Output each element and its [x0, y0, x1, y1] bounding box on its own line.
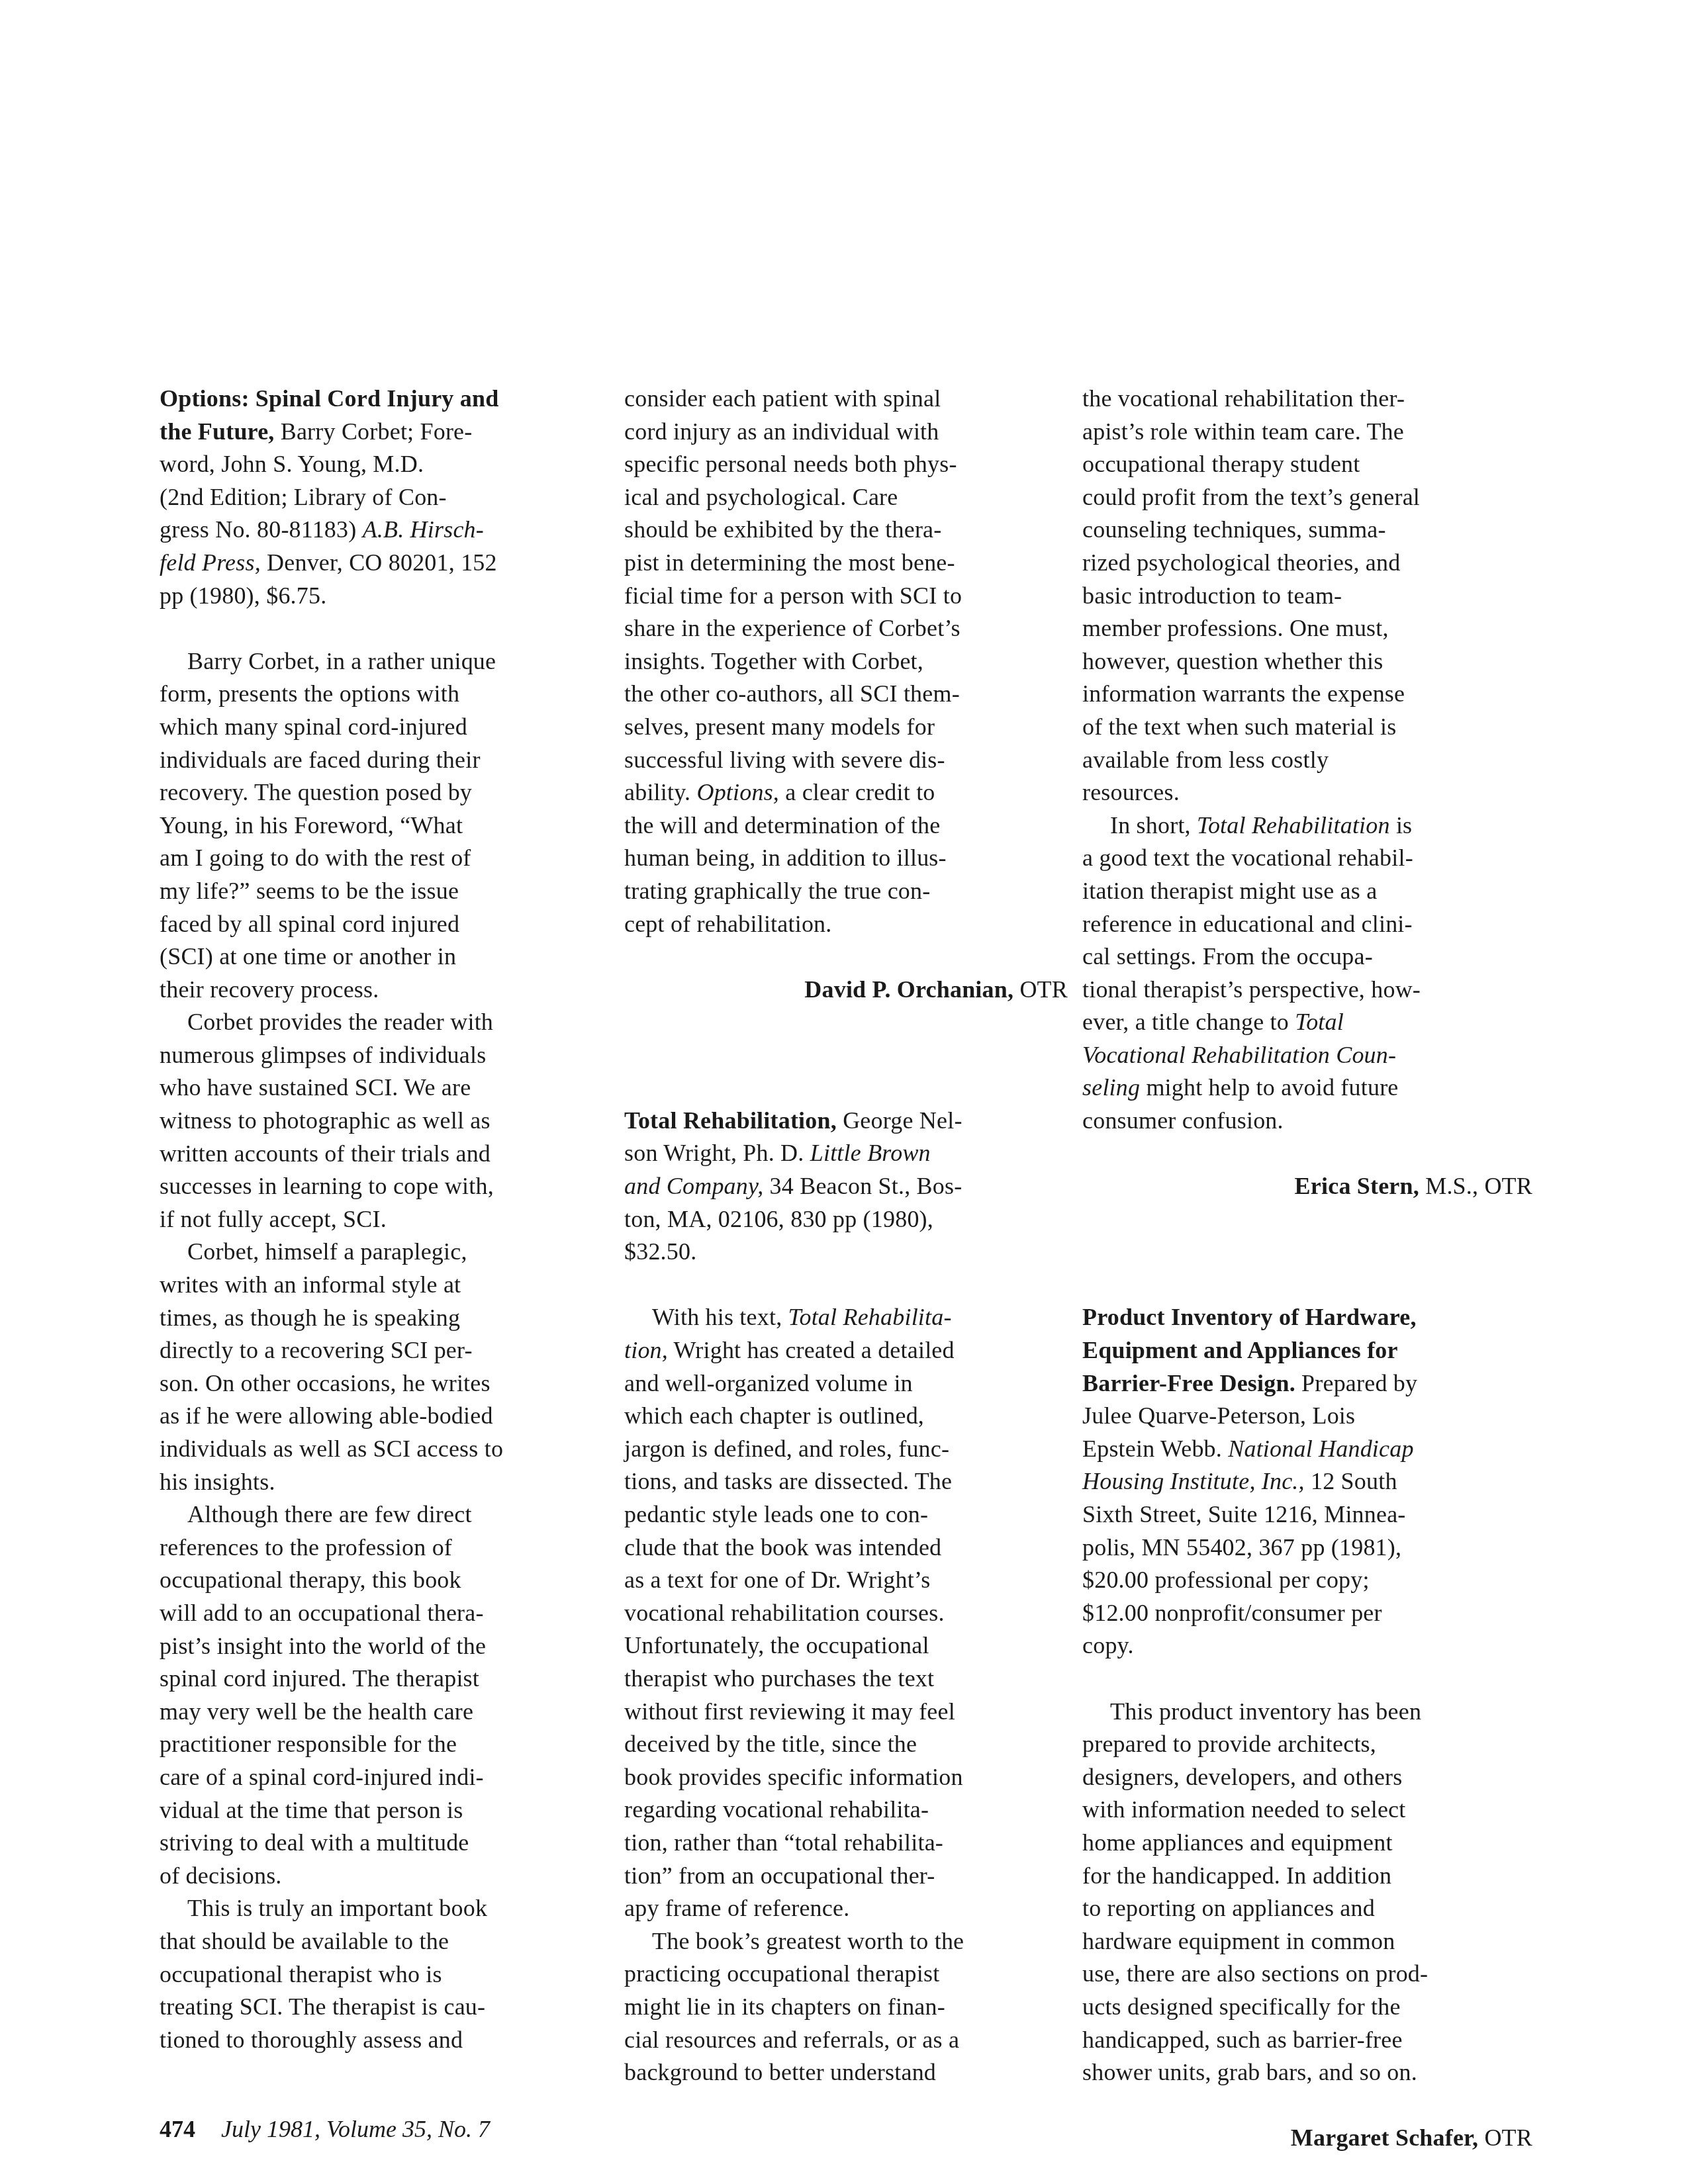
text-line: which each chapter is outlined, [624, 1400, 1068, 1433]
text-line: (SCI) at one time or another in [160, 940, 596, 974]
text-line: vocational rehabilitation courses. [624, 1597, 1068, 1630]
text-line: regarding vocational rehabilita- [624, 1794, 1068, 1827]
text-line: tional therapist’s perspective, how- [1082, 974, 1532, 1007]
review-1-body-part-1: Barry Corbet, in a rather uniqueform, pr… [160, 645, 596, 2057]
text-line: ficial time for a person with SCI to [624, 580, 1068, 613]
text-line: Corbet provides the reader with [160, 1006, 596, 1039]
text-line: vidual at the time that person is [160, 1794, 596, 1827]
text-run: may very well be the health care [160, 1698, 473, 1725]
text-line: Epstein Webb. National Handicap [1082, 1433, 1532, 1466]
text-run: member professions. One must, [1082, 615, 1389, 641]
text-line: numerous glimpses of individuals [160, 1039, 596, 1072]
review-2-body-part-1: With his text, Total Rehabilita-tion, Wr… [624, 1301, 1068, 2089]
bold-text: Equipment and Appliances for [1082, 1337, 1398, 1363]
text-run: written accounts of their trials and [160, 1140, 491, 1167]
text-run: ical and psychological. Care [624, 484, 898, 510]
text-run: successes in learning to cope with, [160, 1173, 494, 1199]
italic-text: Little Brown [810, 1140, 931, 1166]
text-run: This product inventory has been [1110, 1698, 1421, 1725]
text-run: designers, developers, and others [1082, 1764, 1402, 1790]
text-run: occupational therapy, this book [160, 1567, 461, 1593]
page-number: 474 [160, 2116, 195, 2142]
text-run: a good text the vocational rehabil- [1082, 844, 1413, 871]
text-line: polis, MN 55402, 367 pp (1981), [1082, 1531, 1532, 1565]
text-run: apy frame of reference. [624, 1895, 849, 1921]
text-run: practitioner responsible for the [160, 1731, 457, 1757]
text-run: selves, present many models for [624, 713, 935, 740]
text-run: Wright has created a detailed [668, 1337, 955, 1363]
text-run: (2nd Edition; Library of Con- [160, 484, 447, 510]
text-line: of decisions. [160, 1860, 596, 1893]
text-run: itation therapist might use as a [1082, 878, 1377, 904]
text-run: son Wright, Ph. D. [624, 1140, 810, 1166]
text-run: (SCI) at one time or another in [160, 943, 456, 970]
text-run: treating SCI. The therapist is cau- [160, 1993, 485, 2020]
text-line: rized psychological theories, and [1082, 547, 1532, 580]
bold-text: the Future, [160, 418, 275, 445]
text-line: handicapped, such as barrier-free [1082, 2024, 1532, 2057]
text-line: if not fully accept, SCI. [160, 1203, 596, 1236]
text-run: In short, [1110, 812, 1197, 839]
text-line: the Future, Barry Corbet; Fore- [160, 416, 596, 449]
text-line: writes with an informal style at [160, 1269, 596, 1302]
text-line: Barry Corbet, in a rather unique [160, 645, 596, 678]
text-run: ficial time for a person with SCI to [624, 582, 962, 609]
column-3: the vocational rehabilitation ther-apist… [1082, 383, 1532, 2184]
text-line: directly to a recovering SCI per- [160, 1334, 596, 1367]
text-line: my life?” seems to be the issue [160, 875, 596, 908]
text-run: polis, MN 55402, 367 pp (1981), [1082, 1534, 1401, 1561]
text-run: of decisions. [160, 1862, 282, 1889]
text-line: without first reviewing it may feel [624, 1696, 1068, 1729]
text-run: Sixth Street, Suite 1216, Minnea- [1082, 1501, 1406, 1527]
text-line: care of a spinal cord-injured indi- [160, 1761, 596, 1794]
text-run: book provides specific information [624, 1764, 963, 1790]
column-1: Options: Spinal Cord Injury andthe Futur… [160, 383, 596, 2056]
text-run: practicing occupational therapist [624, 1960, 939, 1987]
text-run: reference in educational and clini- [1082, 911, 1413, 937]
text-line: practitioner responsible for the [160, 1728, 596, 1761]
reviewer-credentials: M.S., OTR [1419, 1173, 1532, 1199]
text-line: Corbet, himself a paraplegic, [160, 1236, 596, 1269]
text-run: my life?” seems to be the issue [160, 878, 459, 904]
text-run: insights. Together with Corbet, [624, 648, 923, 674]
text-run: 34 Beacon St., Bos- [763, 1173, 962, 1199]
text-line: trating graphically the true con- [624, 875, 1068, 908]
text-run: which each chapter is outlined, [624, 1402, 924, 1429]
text-line: times, as though he is speaking [160, 1302, 596, 1335]
text-line: prepared to provide architects, [1082, 1728, 1532, 1761]
italic-text: Total Rehabilitation [1197, 812, 1390, 839]
text-run: might help to avoid future [1140, 1074, 1398, 1101]
text-run: gress No. 80-81183) [160, 516, 363, 543]
text-run: ton, MA, 02106, 830 pp (1980), [624, 1206, 933, 1232]
text-line: information warrants the expense [1082, 678, 1532, 711]
italic-text: tion, [624, 1337, 668, 1363]
text-line: witness to photographic as well as [160, 1105, 596, 1138]
text-line: cept of rehabilitation. [624, 908, 1068, 941]
text-line: ability. Options, a clear credit to [624, 776, 1068, 809]
column-2: consider each patient with spinalcord in… [624, 383, 1068, 2089]
text-line: occupational therapy student [1082, 448, 1532, 481]
review-2-citation: Total Rehabilitation, George Nel-son Wri… [624, 1105, 1068, 1269]
text-run: his insights. [160, 1469, 275, 1495]
text-line: background to better understand [624, 2056, 1068, 2089]
text-run: directly to a recovering SCI per- [160, 1337, 473, 1363]
text-line: basic introduction to team- [1082, 580, 1532, 613]
text-run: which many spinal cord-injured [160, 713, 467, 740]
text-line: apy frame of reference. [624, 1892, 1068, 1925]
text-line: jargon is defined, and roles, func- [624, 1433, 1068, 1466]
text-run: however, question whether this [1082, 648, 1383, 674]
text-line: insights. Together with Corbet, [624, 645, 1068, 678]
text-line: individuals are faced during their [160, 744, 596, 777]
text-run: The book’s greatest worth to the [652, 1928, 964, 1954]
text-run: times, as though he is speaking [160, 1304, 460, 1331]
text-run: their recovery process. [160, 976, 379, 1003]
text-line: ical and psychological. Care [624, 481, 1068, 514]
text-line: their recovery process. [160, 974, 596, 1007]
text-line: home appliances and equipment [1082, 1827, 1532, 1860]
text-run: rized psychological theories, and [1082, 549, 1400, 576]
text-line: deceived by the title, since the [624, 1728, 1068, 1761]
text-line: references to the profession of [160, 1531, 596, 1565]
text-line: consider each patient with spinal [624, 383, 1068, 416]
text-run: is [1390, 812, 1413, 839]
text-line: successes in learning to cope with, [160, 1170, 596, 1203]
text-run: 12 South [1305, 1468, 1397, 1494]
text-line: the will and determination of the [624, 809, 1068, 842]
text-line: consumer confusion. [1082, 1105, 1532, 1138]
text-line: copy. [1082, 1629, 1532, 1662]
text-line: tion, rather than “total rehabilita- [624, 1827, 1068, 1860]
text-line: cal settings. From the occupa- [1082, 940, 1532, 974]
text-run: cept of rehabilitation. [624, 911, 831, 937]
text-run: word, John S. Young, M.D. [160, 451, 424, 477]
text-line: hardware equipment in common [1082, 1925, 1532, 1958]
text-run: and well-organized volume in [624, 1370, 913, 1396]
bold-text: Options: Spinal Cord Injury and [160, 385, 498, 412]
text-line: Vocational Rehabilitation Coun- [1082, 1039, 1532, 1072]
text-line: am I going to do with the rest of [160, 842, 596, 875]
italic-text: A.B. Hirsch- [363, 516, 484, 543]
text-line: the other co-authors, all SCI them- [624, 678, 1068, 711]
text-line: selves, present many models for [624, 711, 1068, 744]
review-2-reviewer-signature: Erica Stern, M.S., OTR [1082, 1138, 1532, 1236]
text-run: Corbet, himself a paraplegic, [187, 1238, 467, 1265]
text-run: $32.50. [624, 1238, 696, 1265]
text-run: pist’s insight into the world of the [160, 1633, 486, 1659]
text-run: Prepared by [1295, 1370, 1417, 1396]
text-line: spinal cord injured. The therapist [160, 1662, 596, 1696]
text-line: feld Press, Denver, CO 80201, 152 [160, 547, 596, 580]
text-line: human being, in addition to illus- [624, 842, 1068, 875]
text-line: occupational therapist who is [160, 1958, 596, 1991]
text-line: pedantic style leads one to con- [624, 1498, 1068, 1531]
text-run: Barry Corbet; Fore- [275, 418, 473, 445]
text-run: Barry Corbet, in a rather unique [187, 648, 496, 674]
text-line: pp (1980), $6.75. [160, 580, 596, 613]
italic-text: National Handicap [1228, 1435, 1413, 1462]
text-run: am I going to do with the rest of [160, 844, 471, 871]
text-line: recovery. The question posed by [160, 776, 596, 809]
text-run: son. On other occasions, he writes [160, 1370, 491, 1396]
text-line: the vocational rehabilitation ther- [1082, 383, 1532, 416]
text-run: share in the experience of Corbet’s [624, 615, 961, 641]
text-line: written accounts of their trials and [160, 1138, 596, 1171]
text-line: itation therapist might use as a [1082, 875, 1532, 908]
text-line: Options: Spinal Cord Injury and [160, 383, 596, 416]
text-line: as if he were allowing able-bodied [160, 1400, 596, 1433]
text-line: to reporting on appliances and [1082, 1892, 1532, 1925]
text-run: a clear credit to [779, 779, 935, 805]
text-line: ton, MA, 02106, 830 pp (1980), [624, 1203, 1068, 1236]
text-line: with information needed to select [1082, 1794, 1532, 1827]
text-run: to reporting on appliances and [1082, 1895, 1375, 1921]
text-line: gress No. 80-81183) A.B. Hirsch- [160, 514, 596, 547]
text-line: share in the experience of Corbet’s [624, 612, 1068, 645]
text-line: tions, and tasks are dissected. The [624, 1465, 1068, 1498]
text-run: ever, a title change to [1082, 1009, 1295, 1035]
text-line: for the handicapped. In addition [1082, 1860, 1532, 1893]
text-run: tion, rather than “total rehabilita- [624, 1829, 943, 1856]
text-line: apist’s role within team care. The [1082, 416, 1532, 449]
text-line: pist’s insight into the world of the [160, 1630, 596, 1663]
text-line: Unfortunately, the occupational [624, 1629, 1068, 1662]
issue-info: July 1981, Volume 35, No. 7 [221, 2116, 490, 2142]
text-run: recovery. The question posed by [160, 779, 472, 805]
text-run: human being, in addition to illus- [624, 844, 947, 871]
text-line: cord injury as an individual with [624, 416, 1068, 449]
text-run: specific personal needs both phys- [624, 451, 957, 477]
text-run: if not fully accept, SCI. [160, 1206, 387, 1232]
text-run: the will and determination of the [624, 812, 940, 839]
text-run: available from less costly [1082, 747, 1329, 773]
text-run: Epstein Webb. [1082, 1435, 1228, 1462]
text-run: individuals are faced during their [160, 747, 481, 773]
text-run: striving to deal with a multitude [160, 1829, 469, 1856]
text-line: This is truly an important book [160, 1892, 596, 1925]
text-run: pist in determining the most bene- [624, 549, 955, 576]
text-line: however, question whether this [1082, 645, 1532, 678]
text-line: that should be available to the [160, 1925, 596, 1958]
text-run: for the handicapped. In addition [1082, 1862, 1391, 1889]
text-line: In short, Total Rehabilitation is [1082, 809, 1532, 842]
text-line: designers, developers, and others [1082, 1761, 1532, 1794]
text-run: This is truly an important book [187, 1895, 487, 1921]
text-run: vidual at the time that person is [160, 1797, 463, 1823]
text-line: available from less costly [1082, 744, 1532, 777]
text-run: faced by all spinal cord injured [160, 911, 459, 937]
text-run: that should be available to the [160, 1928, 449, 1954]
italic-text: Vocational Rehabilitation Coun- [1082, 1042, 1396, 1068]
text-run: the other co-authors, all SCI them- [624, 680, 960, 707]
text-run: writes with an informal style at [160, 1271, 461, 1298]
text-run: successful living with severe dis- [624, 747, 945, 773]
text-line: faced by all spinal cord injured [160, 908, 596, 941]
text-line: ucts designed specifically for the [1082, 1991, 1532, 2024]
text-line: Julee Quarve-Peterson, Lois [1082, 1400, 1532, 1433]
text-line: son Wright, Ph. D. Little Brown [624, 1137, 1068, 1170]
text-line: Sixth Street, Suite 1216, Minnea- [1082, 1498, 1532, 1531]
text-line: and well-organized volume in [624, 1367, 1068, 1400]
text-line: Product Inventory of Hardware, [1082, 1301, 1532, 1334]
reviewer-credentials: OTR [1013, 976, 1068, 1003]
text-run: witness to photographic as well as [160, 1107, 491, 1134]
text-line: ever, a title change to Total [1082, 1006, 1532, 1039]
text-line: tion, Wright has created a detailed [624, 1334, 1068, 1367]
italic-text: feld Press, [160, 549, 261, 576]
text-line: pist in determining the most bene- [624, 547, 1068, 580]
italic-text: seling [1082, 1074, 1140, 1101]
text-run: use, there are also sections on prod- [1082, 1960, 1428, 1987]
reviewer-name: Margaret Schafer, [1291, 2124, 1478, 2151]
text-run: with information needed to select [1082, 1796, 1405, 1823]
text-run: as a text for one of Dr. Wright’s [624, 1567, 930, 1593]
text-line: who have sustained SCI. We are [160, 1071, 596, 1105]
text-run: hardware equipment in common [1082, 1928, 1395, 1954]
review-3-body: This product inventory has beenprepared … [1082, 1696, 1532, 2089]
text-run: Young, in his Foreword, “What [160, 812, 463, 839]
text-run: Julee Quarve-Peterson, Lois [1082, 1402, 1355, 1429]
text-run: resources. [1082, 779, 1180, 805]
text-run: pedantic style leads one to con- [624, 1501, 928, 1527]
text-run: references to the profession of [160, 1534, 452, 1561]
text-run: trating graphically the true con- [624, 878, 930, 904]
text-run: Corbet provides the reader with [187, 1009, 493, 1035]
text-line: of the text when such material is [1082, 711, 1532, 744]
text-run: as if he were allowing able-bodied [160, 1402, 493, 1429]
text-run: information warrants the expense [1082, 680, 1405, 707]
text-run: apist’s role within team care. The [1082, 418, 1404, 445]
text-run: form, presents the options with [160, 680, 459, 707]
text-line: Young, in his Foreword, “What [160, 809, 596, 842]
text-run: should be exhibited by the thera- [624, 516, 941, 543]
text-run: background to better understand [624, 2059, 936, 2085]
text-line: Housing Institute, Inc., 12 South [1082, 1465, 1532, 1498]
text-line: his insights. [160, 1466, 596, 1499]
bold-text: Product Inventory of Hardware, [1082, 1304, 1417, 1330]
text-run: $20.00 professional per copy; [1082, 1567, 1370, 1593]
text-run: consider each patient with spinal [624, 385, 941, 412]
text-run: consumer confusion. [1082, 1107, 1284, 1134]
text-run: who have sustained SCI. We are [160, 1074, 471, 1101]
text-run: spinal cord injured. The therapist [160, 1665, 479, 1692]
text-run: With his text, [652, 1304, 788, 1330]
text-run: Denver, CO 80201, 152 [261, 549, 497, 576]
text-run: pp (1980), $6.75. [160, 582, 326, 609]
text-line: practicing occupational therapist [624, 1958, 1068, 1991]
text-line: specific personal needs both phys- [624, 448, 1068, 481]
italic-text: and Company, [624, 1173, 763, 1199]
text-run: clude that the book was intended [624, 1534, 941, 1561]
text-run: cal settings. From the occupa- [1082, 943, 1373, 970]
text-run: care of a spinal cord-injured indi- [160, 1764, 484, 1790]
text-run: Although there are few direct [187, 1501, 472, 1527]
text-line: individuals as well as SCI access to [160, 1433, 596, 1466]
text-line: therapist who purchases the text [624, 1662, 1068, 1696]
text-run: George Nel- [837, 1107, 962, 1134]
text-run: counseling techniques, summa- [1082, 516, 1386, 543]
text-line: reference in educational and clini- [1082, 908, 1532, 941]
text-run: jargon is defined, and roles, func- [624, 1435, 949, 1462]
text-run: tions, and tasks are dissected. The [624, 1468, 952, 1494]
text-run: handicapped, such as barrier-free [1082, 2026, 1403, 2053]
text-run: numerous glimpses of individuals [160, 1042, 486, 1068]
text-line: could profit from the text’s general [1082, 481, 1532, 514]
text-run: home appliances and equipment [1082, 1829, 1393, 1856]
text-line: member professions. One must, [1082, 612, 1532, 645]
review-1-reviewer-signature: David P. Orchanian, OTR [624, 940, 1068, 1039]
text-run: tion” from an occupational ther- [624, 1862, 935, 1889]
text-line: With his text, Total Rehabilita- [624, 1301, 1068, 1334]
text-line: This product inventory has been [1082, 1696, 1532, 1729]
text-run: cord injury as an individual with [624, 418, 939, 445]
text-run: will add to an occupational thera- [160, 1600, 484, 1626]
text-line: treating SCI. The therapist is cau- [160, 1991, 596, 2024]
text-line: occupational therapy, this book [160, 1564, 596, 1597]
text-line: $20.00 professional per copy; [1082, 1564, 1532, 1597]
text-line: son. On other occasions, he writes [160, 1367, 596, 1400]
review-3-citation: Product Inventory of Hardware,Equipment … [1082, 1301, 1532, 1662]
text-run: tioned to thoroughly assess and [160, 2026, 463, 2053]
text-line: clude that the book was intended [624, 1531, 1068, 1565]
text-run: prepared to provide architects, [1082, 1731, 1376, 1757]
text-line: Although there are few direct [160, 1498, 596, 1531]
text-run: vocational rehabilitation courses. [624, 1600, 945, 1626]
italic-text: Options, [696, 779, 779, 805]
text-run: basic introduction to team- [1082, 582, 1342, 609]
text-run: without first reviewing it may feel [624, 1698, 955, 1725]
text-run: ucts designed specifically for the [1082, 1993, 1401, 2020]
text-run: individuals as well as SCI access to [160, 1435, 503, 1462]
text-line: resources. [1082, 776, 1532, 809]
text-run: the vocational rehabilitation ther- [1082, 385, 1405, 412]
review-1-body-part-2: consider each patient with spinalcord in… [624, 383, 1068, 940]
text-line: cial resources and referrals, or as a [624, 2024, 1068, 2057]
bold-text: Barrier-Free Design. [1082, 1370, 1295, 1396]
text-run: of the text when such material is [1082, 713, 1396, 740]
text-run: $12.00 nonprofit/consumer per [1082, 1600, 1382, 1626]
text-line: might lie in its chapters on finan- [624, 1991, 1068, 2024]
review-2-body-part-2: the vocational rehabilitation ther-apist… [1082, 383, 1532, 1138]
text-line: The book’s greatest worth to the [624, 1925, 1068, 1958]
text-line: $32.50. [624, 1236, 1068, 1269]
text-line: as a text for one of Dr. Wright’s [624, 1564, 1068, 1597]
review-1-citation: Options: Spinal Cord Injury andthe Futur… [160, 383, 596, 612]
text-run: occupational therapist who is [160, 1961, 442, 1987]
bold-text: Total Rehabilitation, [624, 1107, 837, 1134]
text-line: counseling techniques, summa- [1082, 514, 1532, 547]
reviewer-name: Erica Stern, [1295, 1173, 1419, 1199]
text-run: shower units, grab bars, and so on. [1082, 2059, 1417, 2085]
text-line: tioned to thoroughly assess and [160, 2024, 596, 2057]
review-3-reviewer-signature: Margaret Schafer, OTR [1082, 2089, 1532, 2184]
text-line: (2nd Edition; Library of Con- [160, 481, 596, 514]
text-line: Barrier-Free Design. Prepared by [1082, 1367, 1532, 1400]
text-line: Equipment and Appliances for [1082, 1334, 1532, 1367]
italic-text: Housing Institute, Inc., [1082, 1468, 1305, 1494]
text-run: deceived by the title, since the [624, 1731, 917, 1757]
text-line: $12.00 nonprofit/consumer per [1082, 1597, 1532, 1630]
text-run: ability. [624, 779, 696, 805]
text-line: a good text the vocational rehabil- [1082, 842, 1532, 875]
text-run: cial resources and referrals, or as a [624, 2026, 959, 2053]
text-line: which many spinal cord-injured [160, 711, 596, 744]
text-line: shower units, grab bars, and so on. [1082, 2056, 1532, 2089]
text-run: might lie in its chapters on finan- [624, 1993, 945, 2020]
page-footer: 474 July 1981, Volume 35, No. 7 [160, 2115, 490, 2144]
